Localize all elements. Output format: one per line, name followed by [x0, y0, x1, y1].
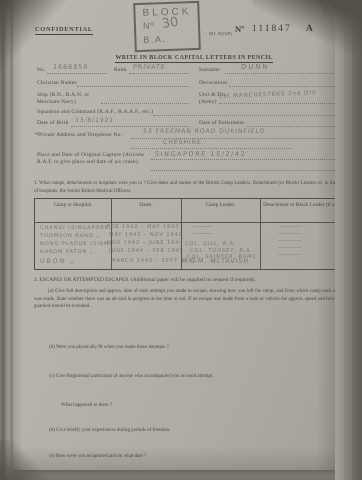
blank-line — [101, 103, 189, 104]
field-surname-label: Surname — [199, 67, 220, 74]
pencil-dash — [278, 254, 302, 255]
field-rank-label: Rank — [114, 67, 126, 74]
question-2d-text: (d) Give briefly your experiences during… — [49, 427, 339, 435]
field-squadron-label: Squadron and Command (R.A.F., R.A.A.F., … — [37, 109, 153, 116]
table-row-camp: THOMSON ROAD „ — [40, 233, 100, 239]
field-address-value-line2: CHESHIRE — [163, 139, 202, 146]
table-row-camp: UBON „ — [40, 258, 76, 265]
pencil-dash — [278, 247, 302, 248]
table-row-dates: NOV 1942 – JUNE 1944 — [107, 240, 184, 246]
field-dob-label: Date of Birth — [37, 120, 69, 127]
question-1-text: 1. What camps, detachments or hospitals … — [34, 180, 346, 195]
blank-line — [247, 126, 341, 127]
field-christian-names-label: Christian Names — [37, 80, 77, 87]
page-stack-edge — [335, 0, 344, 480]
page-stack-edge — [352, 0, 362, 480]
table-row-leader: R.S.M. McTAVISH — [182, 257, 249, 265]
field-enlistment-label: Date of Enlistment — [199, 120, 244, 127]
field-rank-value: PRIVATE — [133, 63, 166, 71]
question-2e-text: (e) How were you recaptured and on what … — [49, 453, 339, 461]
blank-line — [129, 73, 189, 74]
question-2a-text: (a) Give full description and approx. da… — [34, 288, 348, 311]
pencil-dash — [278, 226, 302, 227]
question-2c-text: (c) Give Regimental particulars of anyon… — [49, 373, 339, 381]
camps-table: Camp or Hospital. Dates. Camp Leader. De… — [34, 198, 347, 270]
table-row-camp: CHANGI (SINGAPORE) — [40, 225, 112, 231]
form-reference: M.I. 9/(JAP) — [209, 31, 232, 36]
table-row-camp: NAKOM PATON „ — [40, 249, 94, 255]
table-row-leader: COL. GILL, R.A. — [185, 241, 237, 247]
blank-line — [225, 73, 340, 74]
blank-line — [151, 159, 341, 160]
series-letter: A — [306, 24, 313, 34]
field-no-value: 1666859 — [53, 63, 89, 71]
table-header-block-leader: Detachment or Block Leader (if any). — [260, 202, 346, 209]
field-address-value: 53 FREEMAN ROAD DUKINFIELD — [143, 128, 266, 135]
blank-line — [219, 103, 341, 104]
table-row-dates: MAY 1942 – NOV 1942 — [109, 232, 183, 238]
block-capitals-instruction: WRITE IN BLOCK CAPITAL LETTERS IN PENCIL — [74, 55, 314, 61]
field-no-label: No. — [37, 67, 46, 74]
field-decorations-label: Decorations — [199, 80, 228, 87]
table-row-dates: JUNE 1944 – FEB 1945 — [109, 248, 184, 254]
table-header-leader: Camp Leader. — [181, 202, 260, 209]
stamp-no-prefix: Nº — [143, 20, 155, 30]
question-2c-followup-text: What happened to them ? — [61, 402, 261, 410]
table-header-dates: Dates. — [111, 202, 181, 209]
blank-line — [151, 170, 341, 171]
blank-line — [47, 73, 107, 74]
table-row-dates: FEB 1942 – MAY 1942 — [107, 224, 180, 230]
document-page: CONFIDENTIAL BLOCK Nº 30 B.A. M.I. 9/(JA… — [13, 0, 335, 470]
page-stack-edge — [344, 0, 352, 480]
block-number-stamp: BLOCK Nº 30 B.A. — [133, 1, 201, 52]
pencil-dash — [278, 233, 302, 234]
field-capture-label: Place and Date of Original Capture (Airc… — [37, 152, 149, 166]
field-surname-value: DUNN — [241, 63, 270, 71]
confidential-label: CONFIDENTIAL — [35, 26, 93, 35]
table-header-camp: Camp or Hospital. — [35, 202, 111, 209]
field-capture-value: SINGAPORE 15/2/42 — [155, 150, 247, 158]
table-header-divider — [35, 222, 346, 223]
field-ship-label: Ship (R.N., R.A.N. or Merchant Navy) — [37, 92, 99, 106]
pencil-dash — [278, 240, 302, 241]
field-address-label: *Private Address and Telephone No. — [35, 132, 122, 139]
blank-line — [229, 86, 341, 87]
stamp-block-number-handwritten: 30 — [161, 15, 179, 32]
pencil-dash — [193, 226, 213, 227]
blank-line — [153, 115, 341, 116]
adjacent-page-edge — [2, 0, 13, 480]
pencil-dash — [193, 233, 213, 234]
serial-number: 111847 — [252, 24, 292, 34]
field-unit-div-value: 1st MANCHESTERS 2nd DIV — [219, 90, 317, 99]
stamp-ba-text: B.A. — [143, 34, 166, 45]
table-row-camp: NONG PLADUK (SIAM) — [40, 241, 113, 247]
blank-line — [77, 86, 189, 87]
table-column-divider — [260, 199, 261, 269]
question-2b-text: (b) Were you physically fit when you mad… — [49, 344, 329, 352]
question-2-heading: 2. ESCAPES OR ATTEMPTED ESCAPES. (Additi… — [34, 277, 256, 283]
serial-no-prefix: Nº — [235, 24, 244, 34]
field-dob-value: 13/8/1921 — [75, 117, 114, 124]
blank-line — [71, 126, 189, 127]
blank-line — [131, 148, 291, 149]
